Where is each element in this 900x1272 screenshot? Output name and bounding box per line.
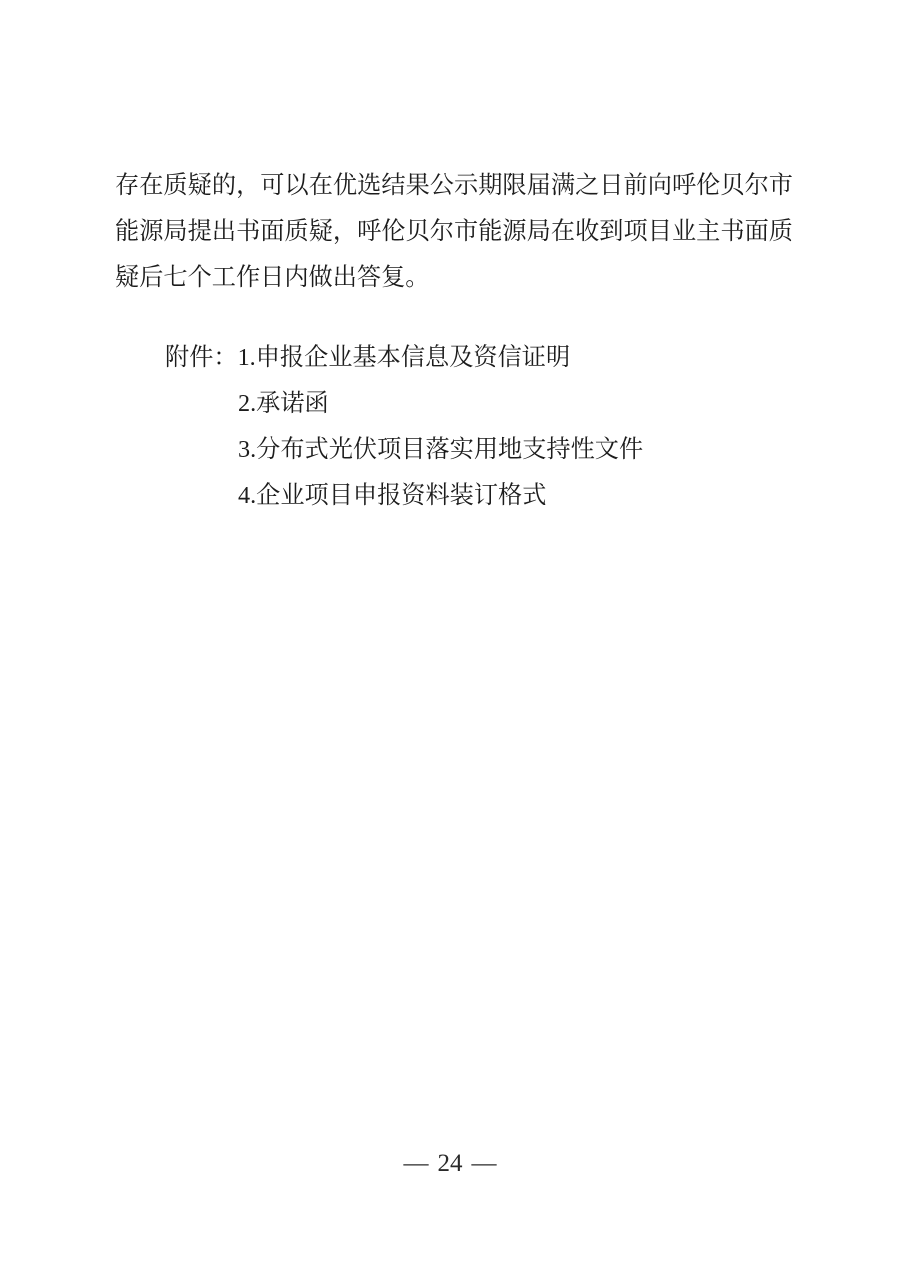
document-page: 存在质疑的，可以在优选结果公示期限届满之日前向呼伦贝尔市 能源局提出书面质疑，呼… (0, 0, 900, 1272)
paragraph-line-2: 能源局提出书面质疑，呼伦贝尔市能源局在收到项目业主书面质 (115, 209, 793, 255)
attachment-item-2: 2.承诺函 (238, 390, 329, 417)
attachment-row-4: 4.企业项目申报资料装订格式 (165, 473, 805, 519)
page-number: 24 (438, 1148, 463, 1180)
attachment-list: 附件：1.申报企业基本信息及资信证明 2.承诺函 3.分布式光伏项目落实用地支持… (165, 335, 805, 519)
attachment-item-4: 4.企业项目申报资料装订格式 (238, 482, 546, 509)
footer-dash-left: — (404, 1148, 429, 1180)
footer-dash-right: — (472, 1148, 497, 1180)
attachment-item-3: 3.分布式光伏项目落实用地支持性文件 (238, 436, 643, 463)
attachment-item-1: 1.申报企业基本信息及资信证明 (238, 344, 571, 371)
attachment-label: 附件： (165, 344, 238, 371)
attachment-row-3: 3.分布式光伏项目落实用地支持性文件 (165, 427, 805, 473)
attachment-row-2: 2.承诺函 (165, 381, 805, 427)
body-paragraph: 存在质疑的，可以在优选结果公示期限届满之日前向呼伦贝尔市 能源局提出书面质疑，呼… (115, 163, 793, 301)
paragraph-line-3: 疑后七个工作日内做出答复。 (115, 255, 793, 301)
page-footer: —24— (0, 1148, 900, 1180)
paragraph-line-1: 存在质疑的，可以在优选结果公示期限届满之日前向呼伦贝尔市 (115, 163, 793, 209)
attachment-row-1: 附件：1.申报企业基本信息及资信证明 (165, 335, 805, 381)
